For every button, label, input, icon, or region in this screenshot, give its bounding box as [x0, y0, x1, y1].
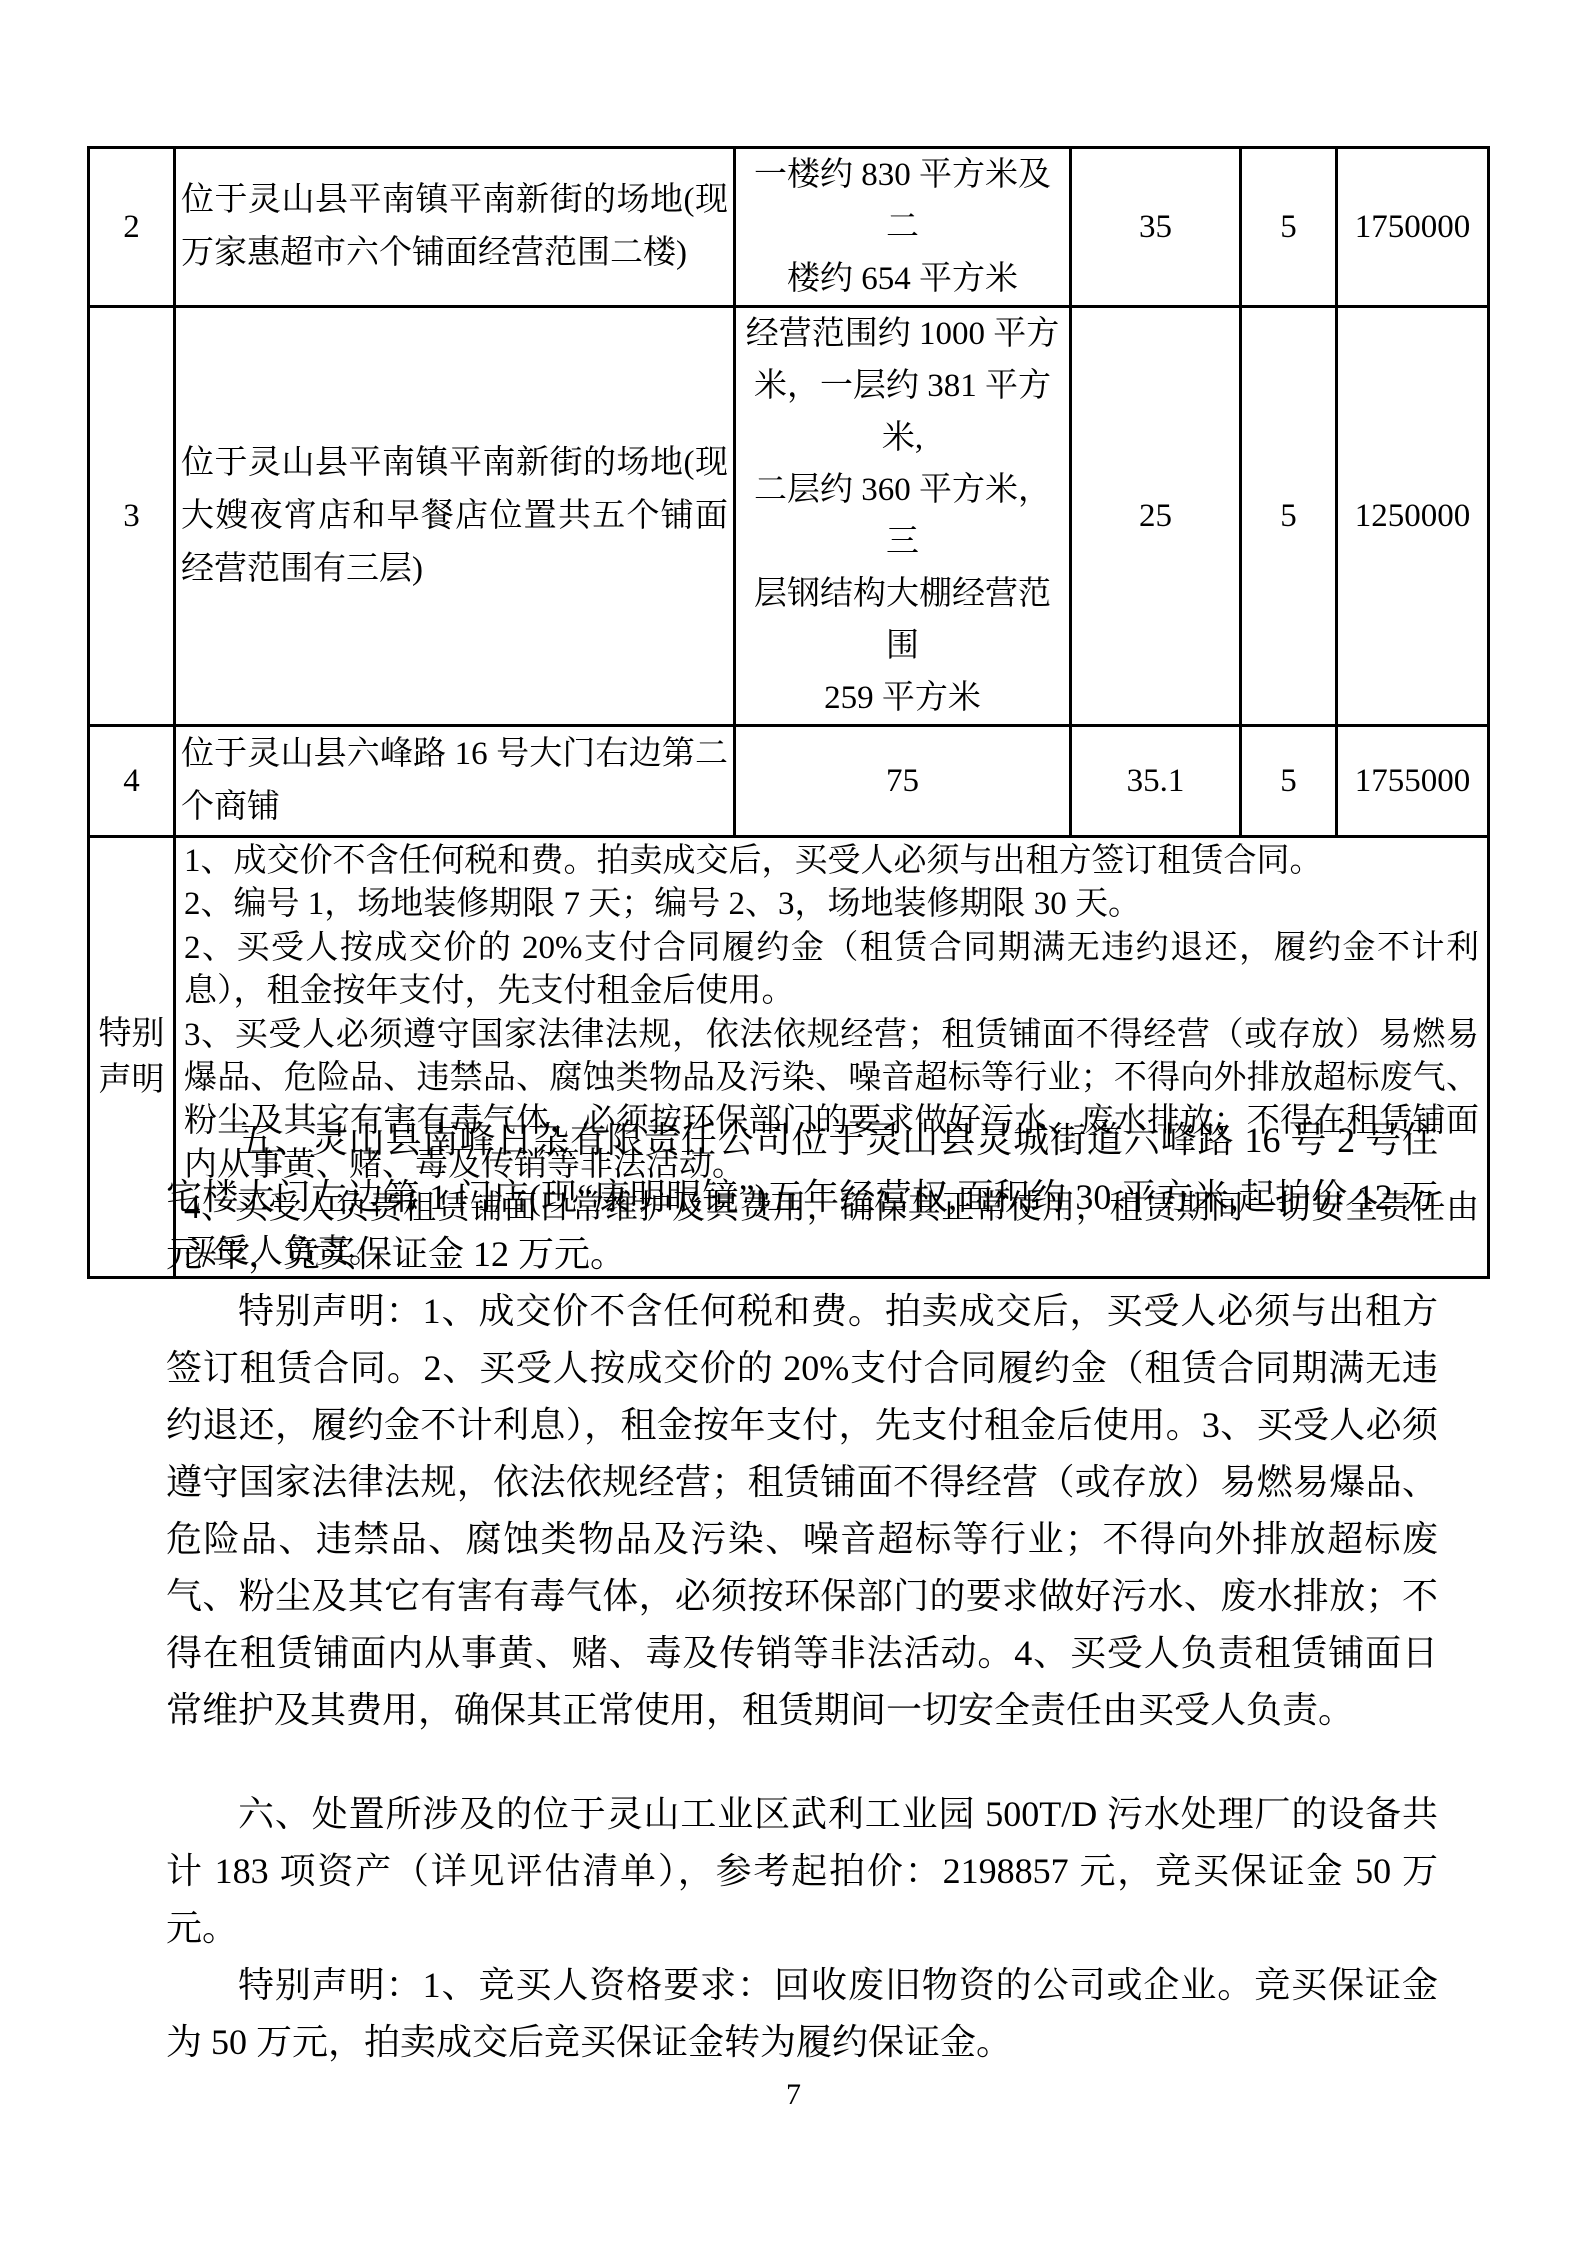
table-row: 3 位于灵山县平南镇平南新街的场地(现大嫂夜宵店和早餐店位置共五个铺面经营范围有… [89, 307, 1489, 726]
lot-area: 经营范围约 1000 平方 米，一层约 381 平方米, 二层约 360 平方米… [735, 307, 1071, 726]
auction-lots-table: 2 位于灵山县平南镇平南新街的场地(现万家惠超市六个铺面经营范围二楼) 一楼约 … [87, 146, 1490, 1279]
lot-location: 位于灵山县六峰路 16 号大门右边第二个商铺 [175, 726, 735, 837]
section-five-special-note: 特别声明：1、成交价不含任何税和费。拍卖成交后，买受人必须与出租方签订租赁合同。… [166, 1283, 1438, 1739]
section-five: 五、灵山县南峰日杂有限责任公司位于灵山县灵城街道六峰路 16 号 2 号住宅楼大… [166, 1112, 1438, 1739]
special-note-label: 特别声明 [89, 837, 175, 1278]
lot-area: 75 [735, 726, 1071, 837]
section-five-paragraph: 五、灵山县南峰日杂有限责任公司位于灵山县灵城街道六峰路 16 号 2 号住宅楼大… [166, 1112, 1438, 1283]
lot-area: 一楼约 830 平方米及二 楼约 654 平方米 [735, 148, 1071, 307]
page-number: 7 [0, 2078, 1587, 2112]
note-item: 2、编号 1，场地装修期限 7 天；编号 2、3，场地装修期限 30 天。 [184, 883, 1479, 926]
lot-area-line: 层钢结构大棚经营范围 [740, 568, 1065, 672]
lot-area-line: 楼约 654 平方米 [740, 253, 1065, 305]
note-item: 1、成交价不含任何税和费。拍卖成交后，买受人必须与出租方签订租赁合同。 [184, 840, 1479, 883]
lot-price: 35.1 [1071, 726, 1241, 837]
lot-price: 25 [1071, 307, 1241, 726]
note-item: 2、买受人按成交价的 20%支付合同履约金（租赁合同期满无违约退还，履约金不计利… [184, 927, 1479, 1014]
section-six-paragraph: 六、处置所涉及的位于灵山工业区武利工业园 500T/D 污水处理厂的设备共计 1… [166, 1786, 1438, 1957]
lot-location: 位于灵山县平南镇平南新街的场地(现大嫂夜宵店和早餐店位置共五个铺面经营范围有三层… [175, 307, 735, 726]
lot-number: 3 [89, 307, 175, 726]
lot-area-line: 75 [740, 755, 1065, 807]
lot-total: 1755000 [1337, 726, 1489, 837]
document-page: 2 位于灵山县平南镇平南新街的场地(现万家惠超市六个铺面经营范围二楼) 一楼约 … [0, 0, 1587, 2244]
table-row: 4 位于灵山县六峰路 16 号大门右边第二个商铺 75 35.1 5 17550… [89, 726, 1489, 837]
section-six-special-note: 特别声明：1、竞买人资格要求：回收废旧物资的公司或企业。竞买保证金为 50 万元… [166, 1957, 1438, 2071]
section-six: 六、处置所涉及的位于灵山工业区武利工业园 500T/D 污水处理厂的设备共计 1… [166, 1786, 1438, 2071]
lot-years: 5 [1241, 148, 1337, 307]
lot-total: 1250000 [1337, 307, 1489, 726]
lot-number: 4 [89, 726, 175, 837]
lot-total: 1750000 [1337, 148, 1489, 307]
lot-price: 35 [1071, 148, 1241, 307]
lot-area-line: 经营范围约 1000 平方 [740, 308, 1065, 360]
lot-years: 5 [1241, 726, 1337, 837]
lot-area-line: 米，一层约 381 平方米, [740, 360, 1065, 464]
lot-location: 位于灵山县平南镇平南新街的场地(现万家惠超市六个铺面经营范围二楼) [175, 148, 735, 307]
lot-area-line: 二层约 360 平方米，三 [740, 464, 1065, 568]
lot-area-line: 259 平方米 [740, 672, 1065, 724]
table-row: 2 位于灵山县平南镇平南新街的场地(现万家惠超市六个铺面经营范围二楼) 一楼约 … [89, 148, 1489, 307]
lot-years: 5 [1241, 307, 1337, 726]
lot-area-line: 一楼约 830 平方米及二 [740, 149, 1065, 253]
lot-number: 2 [89, 148, 175, 307]
